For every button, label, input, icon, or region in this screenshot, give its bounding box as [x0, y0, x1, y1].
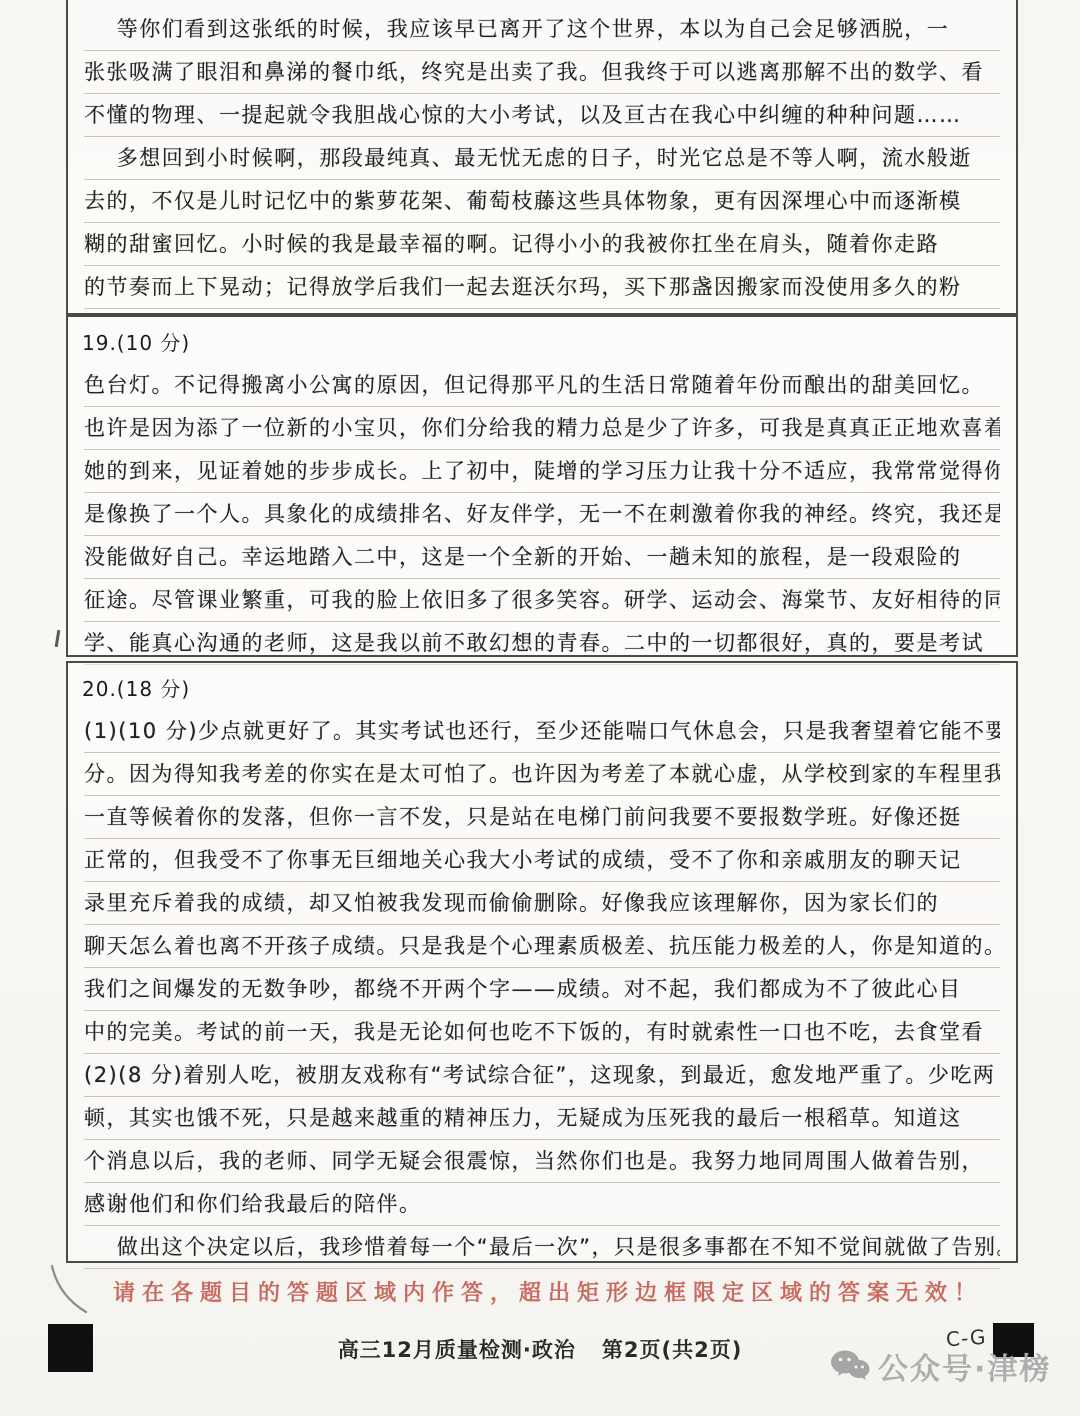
handwriting-line: 她的到来，见证着她的步步成长。上了初中，陡增的学习压力让我十分不适应，我常常觉得… — [84, 450, 1000, 493]
continuation-handwriting: 等你们看到这张纸的时候，我应该早已离开了这个世界，本以为自己会足够洒脱，一张张吸… — [68, 0, 1016, 309]
handwriting-line: 的节奏而上下晃动；记得放学后我们一起去逛沃尔玛，买下那盏因搬家而没使用多久的粉 — [84, 266, 1000, 309]
handwriting-line: 张张吸满了眼泪和鼻涕的餐巾纸，终究是出卖了我。但我终于可以逃离那解不出的数学、看 — [84, 51, 1000, 94]
handwriting-line: 学、能真心沟通的老师，这是我以前不敢幻想的青春。二中的一切都很好，真的，要是考试 — [84, 622, 1000, 665]
handwriting-line: 分。因为得知我考差的你实在是太可怕了。也许因为考差了本就心虚，从学校到家的车程里… — [84, 753, 1000, 796]
handwriting-line: 感谢他们和你们给我最后的陪伴。 — [84, 1183, 1000, 1226]
handwriting-line: (2)(8 分)着别人吃，被朋友戏称有“考试综合征”，这现象，到最近，愈发地严重… — [84, 1054, 1000, 1097]
handwriting-line: 中的完美。考试的前一天，我是无论如何也吃不下饭的，有时就索性一口也不吃，去食堂看 — [84, 1011, 1000, 1054]
handwriting-line: 色台灯。不记得搬离小公寓的原因，但记得那平凡的生活日常随着年份而酿出的甜美回忆。 — [84, 364, 1000, 407]
wechat-icon — [830, 1349, 870, 1383]
handwriting-line: 做出这个决定以后，我珍惜着每一个“最后一次”，只是很多事都在不知不觉间就做了告别… — [84, 1226, 1000, 1269]
handwriting-line: 聊天怎么着也离不开孩子成绩。只是我是个心理素质极差、抗压能力极差的人，你是知道的… — [84, 925, 1000, 968]
handwriting-line: (1)(10 分)少点就更好了。其实考试也还行，至少还能喘口气休息会，只是我奢望… — [84, 710, 1000, 753]
stray-ink-mark — [55, 630, 61, 647]
handwriting-line: 征途。尽管课业繁重，可我的脸上依旧多了很多笑容。研学、运动会、海棠节、友好相待的… — [84, 579, 1000, 622]
handwriting-line: 正常的，但我受不了你事无巨细地关心我大小考试的成绩，受不了你和亲戚朋友的聊天记 — [84, 839, 1000, 882]
exam-title: 高三12月质量检测·政治 — [338, 1338, 576, 1362]
answer-box-question-20: 20.(18 分) (1)(10 分)少点就更好了。其实考试也还行，至少还能喘口… — [66, 661, 1018, 1263]
answer-area-notice: 请在各题目的答题区域内作答，超出矩形边框限定区域的答案无效！ — [68, 1276, 1028, 1307]
registration-black-square-left — [48, 1324, 93, 1372]
handwriting-line: 等你们看到这张纸的时候，我应该早已离开了这个世界，本以为自己会足够洒脱，一 — [84, 8, 1000, 51]
handwriting-line: 不懂的物理、一提起就令我胆战心惊的大小考试，以及亘古在我心中纠缠的种种问题…… — [84, 94, 1000, 137]
handwriting-line: 顿，其实也饿不死，只是越来越重的精神压力，无疑成为压死我的最后一根稻草。知道这 — [84, 1097, 1000, 1140]
question-20-label: 20.(18 分) — [68, 663, 1016, 704]
handwriting-line: 糊的甜蜜回忆。小时候的我是最幸福的啊。记得小小的我被你扛坐在肩头，随着你走路 — [84, 223, 1000, 266]
handwriting-line: 多想回到小时候啊，那段最纯真、最无忧无虑的日子，时光它总是不等人啊，流水般逝 — [84, 137, 1000, 180]
question-19-handwriting: 色台灯。不记得搬离小公寓的原因，但记得那平凡的生活日常随着年份而酿出的甜美回忆。… — [68, 358, 1016, 665]
handwriting-line: 也许是因为添了一位新的小宝贝，你们分给我的精力总是少了许多，可我是真真正正地欢喜… — [84, 407, 1000, 450]
question-19-label: 19.(10 分) — [68, 317, 1016, 358]
handwriting-line: 去的，不仅是儿时记忆中的紫萝花架、葡萄枝藤这些具体物象，更有因深埋心中而逐渐模 — [84, 180, 1000, 223]
handwriting-line: 个消息以后，我的老师、同学无疑会很震惊，当然你们也是。我努力地同周围人做着告别， — [84, 1140, 1000, 1183]
answer-box-question-19: 19.(10 分) 色台灯。不记得搬离小公寓的原因，但记得那平凡的生活日常随着年… — [66, 315, 1018, 657]
watermark-label: 公众号·津榜 — [878, 1344, 1051, 1388]
watermark: 公众号·津榜 — [830, 1344, 1051, 1388]
handwriting-line: 我们之间爆发的无数争吵，都绕不开两个字——成绩。对不起，我们都成为不了彼此心目 — [84, 968, 1000, 1011]
handwriting-line: 没能做好自己。幸运地踏入二中，这是一个全新的开始、一趟未知的旅程，是一段艰险的 — [84, 536, 1000, 579]
handwriting-line: 录里充斥着我的成绩，却又怕被我发现而偷偷删除。好像我应该理解你，因为家长们的 — [84, 882, 1000, 925]
answer-box-continuation: 等你们看到这张纸的时候，我应该早已离开了这个世界，本以为自己会足够洒脱，一张张吸… — [66, 0, 1018, 315]
handwriting-line: 是像换了一个人。具象化的成绩排名、好友伴学，无一不在刺激着你我的神经。终究，我还… — [84, 493, 1000, 536]
question-20-handwriting: (1)(10 分)少点就更好了。其实考试也还行，至少还能喘口气休息会，只是我奢望… — [68, 704, 1016, 1269]
handwriting-line: 一直等候着你的发落，但你一言不发，只是站在电梯门前问我要不要报数学班。好像还挺 — [84, 796, 1000, 839]
page-number: 第2页(共2页) — [602, 1338, 742, 1362]
